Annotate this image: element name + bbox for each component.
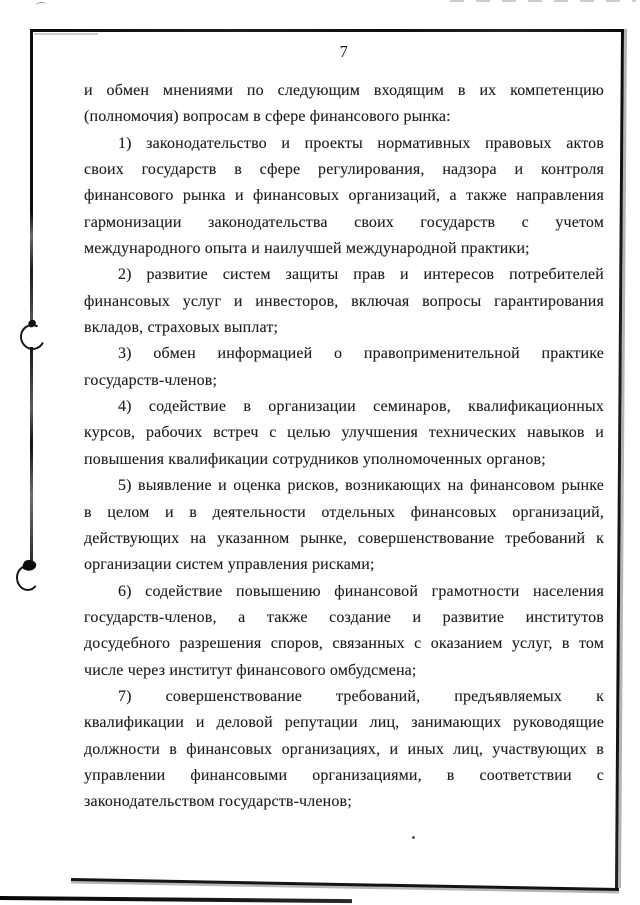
frame-top-border-ghost	[34, 33, 98, 35]
text-line: 4) содействие в организации семинаров, к…	[84, 394, 604, 420]
text-line: 7) совершенствование требований, предъяв…	[84, 684, 604, 710]
text-line: (полномочия) вопросам в сфере финансовог…	[84, 104, 604, 130]
text-line: повышения квалификации сотрудников уполн…	[84, 447, 604, 473]
text-line: досудебного разрешения споров, связанных…	[84, 631, 604, 657]
frame-left-border-upper	[30, 29, 33, 325]
text-line: квалификации и деловой репутации лиц, за…	[84, 710, 604, 736]
text-line: своих государств в сфере регулирования, …	[84, 157, 604, 183]
text-line: 1) законодательство и проекты нормативны…	[84, 131, 604, 157]
frame-right-border	[615, 29, 624, 888]
text-line: законодательством государств-членов;	[84, 789, 604, 815]
text-block: и обмен мнениями по следующим входящим в…	[84, 78, 604, 816]
text-line: вкладов, страховых выплат;	[84, 315, 604, 341]
text-line: финансовых услуг и инвесторов, включая в…	[84, 289, 604, 315]
text-line: и обмен мнениями по следующим входящим в…	[84, 78, 604, 104]
text-line: организации систем управления рисками;	[84, 552, 604, 578]
text-line: должности в финансовых организациях, и и…	[84, 737, 604, 763]
frame-left-border-lower	[30, 347, 33, 565]
text-line: финансового рынка и финансовых организац…	[84, 183, 604, 209]
text-line: числе через институт финансового омбудсм…	[84, 658, 604, 684]
text-line: 3) обмен информацией о правоприменительн…	[84, 341, 604, 367]
paper-edge-line	[0, 896, 352, 903]
frame-bottom-border	[71, 878, 619, 891]
text-line: в целом и в деятельности отдельных финан…	[84, 500, 604, 526]
text-line: 6) содействие повышению финансовой грамо…	[84, 579, 604, 605]
page-number: 7	[84, 42, 604, 62]
text-line: управлении финансовыми организациями, в …	[84, 763, 604, 789]
text-line: курсов, рабочих встреч с целью улучшения…	[84, 420, 604, 446]
text-line: государств-членов;	[84, 368, 604, 394]
text-line: международного опыта и наилучшей междуна…	[84, 236, 604, 262]
scan-squiggle-mark	[36, 1, 47, 8]
frame-top-border	[31, 29, 627, 32]
text-line: 2) развитие систем защиты прав и интерес…	[84, 262, 604, 288]
text-line: государств-членов, а также создание и ра…	[84, 605, 604, 631]
scan-speck	[412, 836, 415, 839]
text-line: 5) выявление и оценка рисков, возникающи…	[84, 473, 604, 499]
scanned-page: 7 и обмен мнениями по следующим входящим…	[0, 0, 640, 905]
scan-edge-smudge	[450, 0, 636, 2]
text-line: гармонизации законодательства своих госу…	[84, 210, 604, 236]
text-line: действующих на указанном рынке, совершен…	[84, 526, 604, 552]
